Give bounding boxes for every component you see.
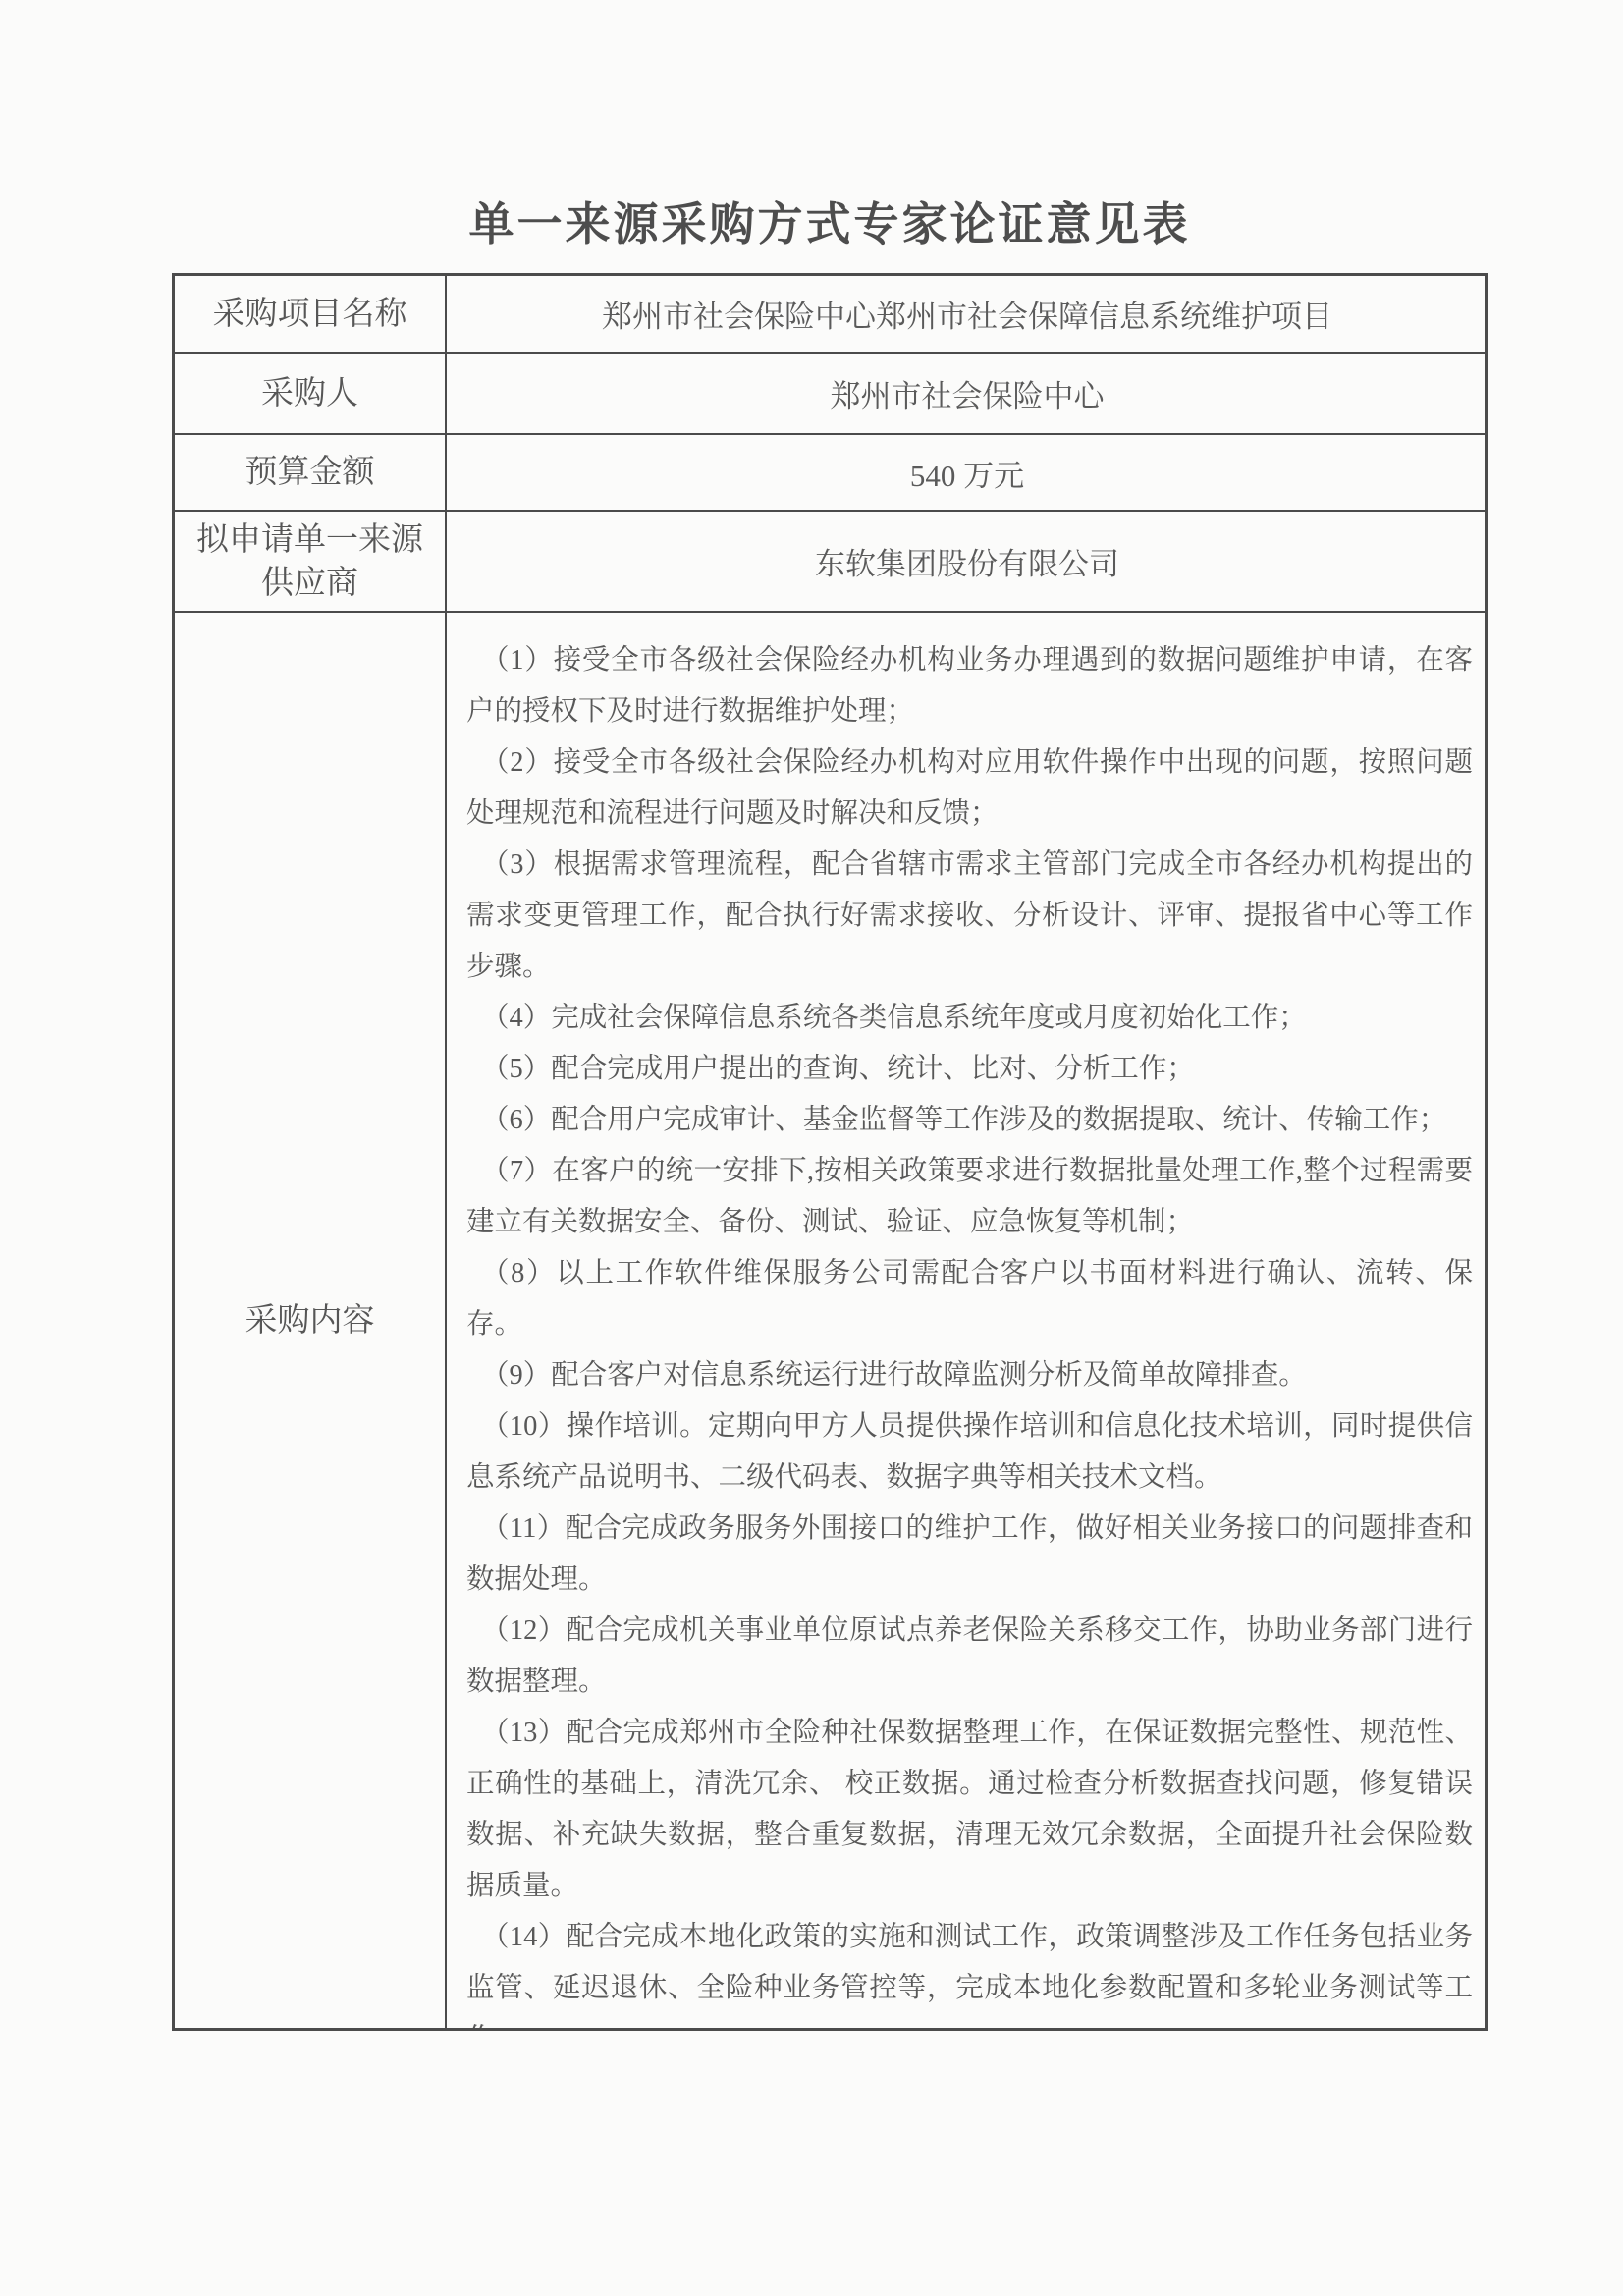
row-value-budget: 540 万元 <box>445 435 1488 512</box>
document-title: 单一来源采购方式专家论证意见表 <box>172 189 1488 253</box>
content-item-6: （6）配合用户完成审计、基金监督等工作涉及的数据提取、统计、传输工作； <box>466 1095 1473 1146</box>
scanned-document-page: 单一来源采购方式专家论证意见表 采购项目名称 郑州市社会保险中心郑州市社会保障信… <box>0 0 1623 2296</box>
row-value-procurement-content: （1）接受全市各级社会保险经办机构业务办理遇到的数据问题维护申请，在客户的授权下… <box>445 613 1488 2028</box>
row-label-purchaser: 采购人 <box>175 354 445 435</box>
content-item-2: （2）接受全市各级社会保险经办机构对应用软件操作中出现的问题，按照问题处理规范和… <box>466 738 1473 840</box>
row-label-budget: 预算金额 <box>175 435 445 512</box>
row-value-purchaser: 郑州市社会保险中心 <box>445 354 1488 435</box>
row-label-project-name: 采购项目名称 <box>175 276 445 354</box>
content-item-4: （4）完成社会保障信息系统各类信息系统年度或月度初始化工作； <box>466 993 1473 1044</box>
content-item-7: （7）在客户的统一安排下,按相关政策要求进行数据批量处理工作,整个过程需要建立有… <box>466 1146 1473 1248</box>
procurement-info-table: 采购项目名称 郑州市社会保险中心郑州市社会保障信息系统维护项目 采购人 郑州市社… <box>172 273 1488 2031</box>
row-label-single-source-supplier: 拟申请单一来源供应商 <box>175 512 445 613</box>
row-value-single-source-supplier: 东软集团股份有限公司 <box>445 512 1488 613</box>
content-item-3: （3）根据需求管理流程，配合省辖市需求主管部门完成全市各经办机构提出的需求变更管… <box>466 840 1473 993</box>
content-item-8: （8）以上工作软件维保服务公司需配合客户以书面材料进行确认、流转、保存。 <box>466 1248 1473 1350</box>
row-label-procurement-content: 采购内容 <box>175 613 445 2028</box>
content-item-13: （13）配合完成郑州市全险种社保数据整理工作，在保证数据完整性、规范性、正确性的… <box>466 1708 1473 1912</box>
content-item-14: （14）配合完成本地化政策的实施和测试工作，政策调整涉及工作任务包括业务监管、延… <box>466 1912 1473 2028</box>
content-item-11: （11）配合完成政务服务外围接口的维护工作，做好相关业务接口的问题排查和数据处理… <box>466 1503 1473 1606</box>
content-item-10: （10）操作培训。定期向甲方人员提供操作培训和信息化技术培训，同时提供信息系统产… <box>466 1401 1473 1503</box>
row-value-project-name: 郑州市社会保险中心郑州市社会保障信息系统维护项目 <box>445 276 1488 354</box>
content-item-12: （12）配合完成机关事业单位原试点养老保险关系移交工作，协助业务部门进行数据整理… <box>466 1606 1473 1708</box>
content-item-5: （5）配合完成用户提出的查询、统计、比对、分析工作； <box>466 1044 1473 1095</box>
content-item-1: （1）接受全市各级社会保险经办机构业务办理遇到的数据问题维护申请，在客户的授权下… <box>466 635 1473 738</box>
content-item-9: （9）配合客户对信息系统运行进行故障监测分析及简单故障排查。 <box>466 1350 1473 1401</box>
